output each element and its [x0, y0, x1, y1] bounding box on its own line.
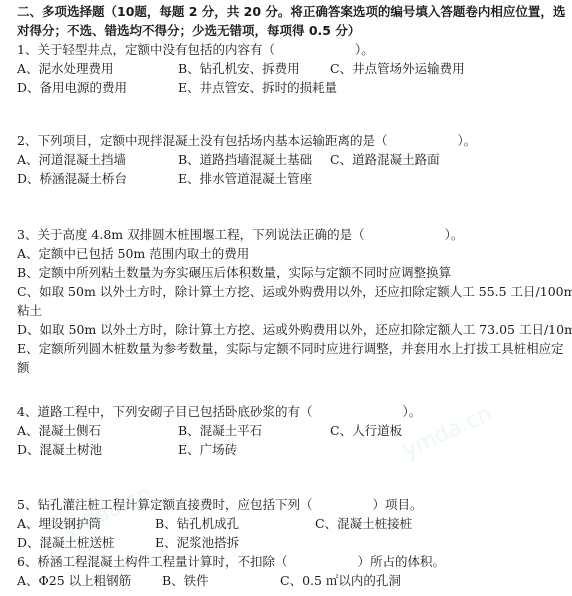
option-6c: C、0.5 ㎡以内的孔洞 [280, 573, 401, 589]
question-stem-end: ）。 [445, 227, 464, 242]
question-2-stem: 2、下列项目，定额中现拌混凝土没有包括场内基本运输距离的是（）。 [17, 133, 476, 149]
question-stem: 1、关于轻型井点，定额中没有包括的内容有（ [17, 42, 275, 57]
option-4a: A、混凝土侧石 [17, 423, 101, 439]
option-2b: B、道路挡墙混凝土基础 [178, 152, 312, 168]
option-5a: A、埋设钢护筒 [17, 516, 101, 532]
question-4-stem: 4、道路工程中，下列安砌子目已包括卧底砂浆的有（）。 [17, 404, 421, 420]
question-1-stem: 1、关于轻型井点，定额中没有包括的内容有（）。 [17, 42, 374, 58]
option-1d: D、备用电源的费用 [17, 80, 127, 96]
question-stem-end: ）所占的体积。 [357, 554, 445, 569]
section-heading-line1: 二、多项选择题（10题，每题 2 分，共 20 分。将正确答案选项的编号填入答题… [17, 4, 565, 20]
question-stem: 5、钻孔灌注桩工程计算定额直接费时，应包括下列（ [17, 497, 312, 512]
option-1a: A、泥水处理费用 [17, 61, 114, 77]
option-5d: D、混凝土桩送桩 [17, 535, 115, 551]
option-4b: B、混凝土平石 [178, 423, 262, 439]
option-3e: E、定额所列圆木桩数量为参考数量，实际与定额不同时应进行调整，并套用水上打拔工具… [17, 341, 564, 357]
option-4c: C、人行道板 [330, 423, 402, 439]
exam-page: ymda.cn ymda.cn 二、多项选择题（10题，每题 2 分，共 20 … [0, 0, 572, 596]
question-5-stem: 5、钻孔灌注桩工程计算定额直接费时，应包括下列（）项目。 [17, 497, 422, 513]
option-3c-cont: 粘土 [17, 303, 42, 319]
option-1c: C、井点管场外运输费用 [330, 61, 465, 77]
option-5e: E、泥浆池搭拆 [155, 535, 239, 551]
question-stem-end: ）项目。 [372, 497, 422, 512]
question-stem: 2、下列项目，定额中现拌混凝土没有包括场内基本运输距离的是（ [17, 133, 387, 148]
option-5b: B、钻孔机成孔 [155, 516, 239, 532]
option-2e: E、排水管道混凝土管座 [178, 171, 312, 187]
option-1b: B、钻孔机安、拆费用 [178, 61, 300, 77]
option-3c: C、如取 50m 以外土方时，除计算土方挖、运或外购费用以外，还应扣除定额人工 … [17, 284, 572, 300]
option-1e: E、井点管安、拆时的损耗量 [178, 80, 337, 96]
question-stem: 6、桥涵工程混凝土构件工程量计算时，不扣除（ [17, 554, 287, 569]
option-3d: D、如取 50m 以外土方时，除计算土方挖、运或外购费用以外，还应扣除定额人工 … [17, 322, 572, 338]
section-heading-line2: 对得分；不选、错选均不得分；少选无错项，每项得 0.5 分） [17, 23, 360, 39]
question-stem-end: ）。 [402, 404, 421, 419]
option-2d: D、桥涵混凝土桥台 [17, 171, 127, 187]
question-stem: 4、道路工程中，下列安砌子目已包括卧底砂浆的有（ [17, 404, 312, 419]
option-2c: C、道路混凝土路面 [330, 152, 440, 168]
question-stem-end: ）。 [457, 133, 476, 148]
option-4d: D、混凝土树池 [17, 442, 102, 458]
option-3b: B、定额中所列粘土数量为夯实碾压后体积数量，实际与定额不同时应调整换算 [17, 265, 451, 281]
option-4e: E、广场砖 [178, 442, 237, 458]
question-stem: 3、关于高度 4.8m 双排圆木桩围堰工程，下列说法正确的是（ [17, 227, 365, 242]
question-6-stem: 6、桥涵工程混凝土构件工程量计算时，不扣除（）所占的体积。 [17, 554, 445, 570]
option-3a: A、定额中已包括 50m 范围内取土的费用 [17, 246, 249, 262]
option-5c: C、混凝土桩接桩 [315, 516, 412, 532]
option-6b: B、铁件 [162, 573, 209, 589]
option-3e-cont: 额 [17, 360, 30, 376]
question-stem-end: ）。 [355, 42, 374, 57]
question-3-stem: 3、关于高度 4.8m 双排圆木桩围堰工程，下列说法正确的是（）。 [17, 227, 463, 243]
option-6a: A、Φ25 以上粗钢筋 [17, 573, 131, 589]
option-2a: A、河道混凝土挡墙 [17, 152, 126, 168]
